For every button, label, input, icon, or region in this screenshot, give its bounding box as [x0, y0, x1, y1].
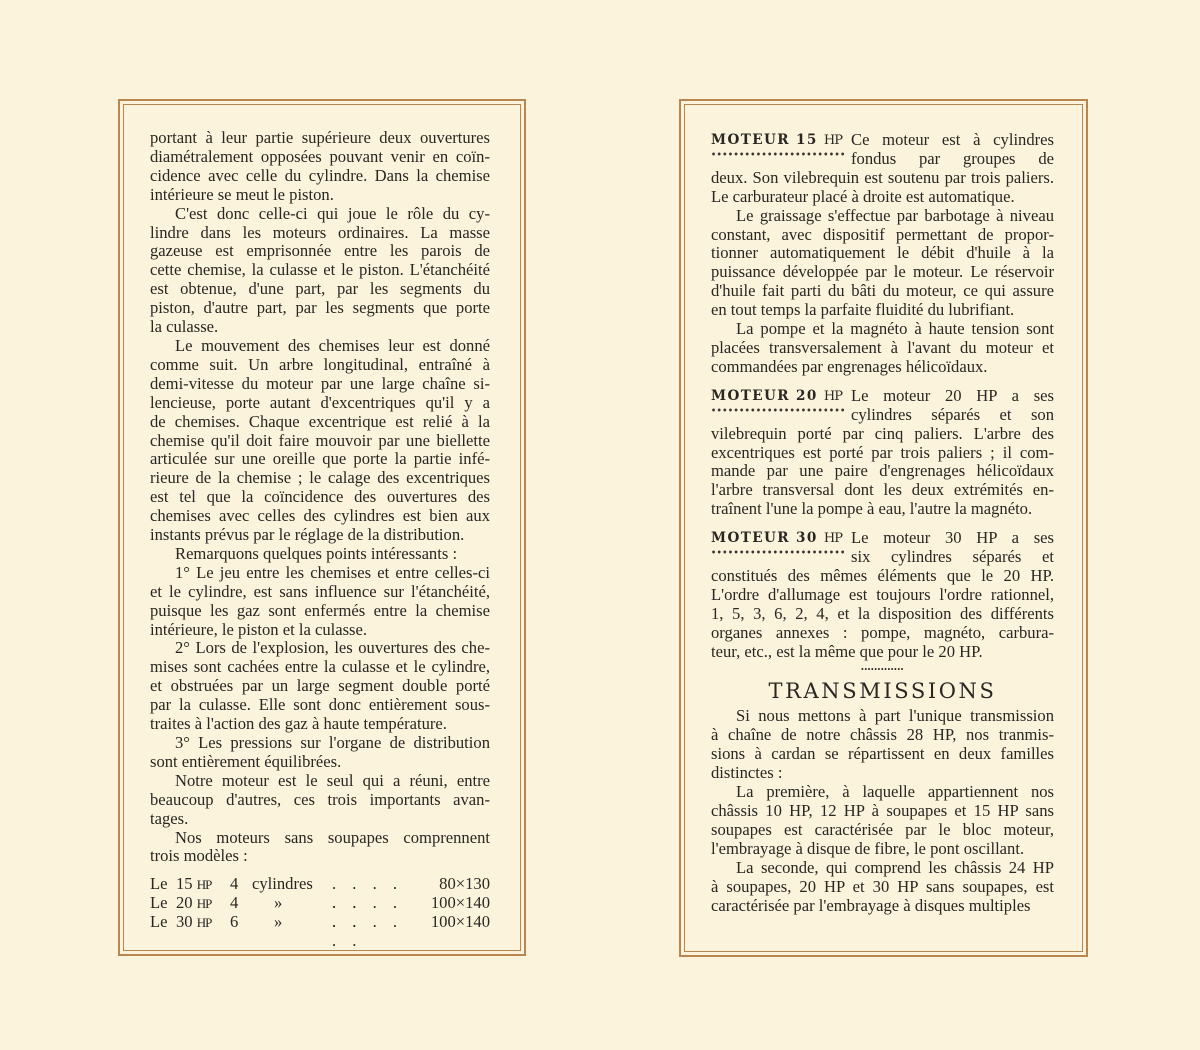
text-line: tages.: [150, 810, 490, 829]
dotted-rule: ••••••••••••••••••••••••••: [711, 406, 845, 414]
dotted-rule: ••••••••••••••••••••••••••: [711, 548, 845, 556]
text-line: Le mouvement des chemises leur est donné: [150, 337, 490, 356]
text-line: trois modèles :: [150, 847, 490, 866]
text-line: L'ordre d'allumage est toujours l'ordre …: [711, 586, 1054, 605]
text-line: cidence avec celle du cylindre. Dans la …: [150, 167, 490, 186]
text-line: en tout temps la parfaite fluidité du lu…: [711, 301, 1054, 320]
transmissions-body: Si nous mettons à part l'unique transmis…: [711, 707, 1054, 915]
moteur-20-heading: MOTEUR 20 HP ••••••••••••••••••••••••••: [711, 387, 851, 425]
model-power: 20 HP: [176, 894, 230, 914]
dotted-rule: ••••••••••••••••••••••••••: [711, 150, 845, 158]
moteur-15-intro: Ce moteur est à cylindres fondus par gro…: [851, 131, 1054, 169]
text-line: traînent l'une la pompe à eau, l'autre l…: [711, 500, 1054, 519]
model-cylinders: 4: [230, 875, 252, 894]
text-line: lencieuse, porte autant d'excentriques q…: [150, 394, 490, 413]
text-line: gazeuse est emprisonnée entre les parois…: [150, 242, 490, 261]
right-page-text: MOTEUR 15 HP •••••••••••••••••••••••••• …: [711, 131, 1054, 915]
moteur-20-header: MOTEUR 20 HP •••••••••••••••••••••••••• …: [711, 387, 1054, 425]
text-line: constitués des mêmes éléments que le 20 …: [711, 567, 1054, 586]
text-line: instants prévus par le réglage de la dis…: [150, 526, 490, 545]
model-row: Le 15 HP 4 cylindres . . . . . . 80×130: [150, 875, 490, 894]
text-line: demi-vitesse du moteur par une large cha…: [150, 375, 490, 394]
text-line: La pompe et la magnéto à haute tension s…: [711, 320, 1054, 339]
model-dimensions: 100×140: [420, 894, 490, 913]
text-line: tionner automatiquement le débit d'huile…: [711, 244, 1054, 263]
model-cylinders: 6: [230, 913, 252, 932]
text-line: est obtenue, d'une part, par les segment…: [150, 280, 490, 299]
text-line: La première, à laquelle appartiennent no…: [711, 783, 1054, 802]
moteur-15-body: deux. Son vilebrequin est soutenu par tr…: [711, 169, 1054, 377]
text-line: constant, avec dispositif permettant de …: [711, 226, 1054, 245]
section-title-transmissions: TRANSMISSIONS: [711, 677, 1054, 705]
text-line: châssis 10 HP, 12 HP à soupapes et 15 HP…: [711, 802, 1054, 821]
moteur-20-intro: Le moteur 20 HP a ses cylindres séparés …: [851, 387, 1054, 425]
text-line: par la culasse. Elle sont donc entièreme…: [150, 696, 490, 715]
text-line: caractérisée par l'embrayage à disques m…: [711, 897, 1054, 916]
text-line: traites à l'action des gaz à haute tempé…: [150, 715, 490, 734]
text-line: mises sont cachées entre la culasse et l…: [150, 658, 490, 677]
text-line: chemises avec celles des cylindres est b…: [150, 507, 490, 526]
text-line: lindre dans les moteurs ordinaires. La m…: [150, 224, 490, 243]
text-line: d'huile fait parti du bâti du moteur, ce…: [711, 282, 1054, 301]
moteur-20-body: vilebrequin porté par cinq paliers. L'ar…: [711, 425, 1054, 520]
text-line: Le carburateur placé à droite est automa…: [711, 188, 1054, 207]
text-line: 1° Le jeu entre les chemises et entre ce…: [150, 564, 490, 583]
model-row: Le 30 HP 6 » . . . . . . 100×140: [150, 913, 490, 932]
text-line: sont entièrement équilibrées.: [150, 753, 490, 772]
text-line: 2° Lors de l'explosion, les ouvertures d…: [150, 639, 490, 658]
text-line: Si nous mettons à part l'unique transmis…: [711, 707, 1054, 726]
text-line: cette chemise, la culasse et le piston. …: [150, 261, 490, 280]
text-line: sions à cardan se répartissent en deux f…: [711, 745, 1054, 764]
text-line: La seconde, qui comprend les châssis 24 …: [711, 859, 1054, 878]
text-line: et obstruées par un large segment double…: [150, 677, 490, 696]
moteur-15-heading: MOTEUR 15 HP ••••••••••••••••••••••••••: [711, 131, 851, 169]
model-le: Le: [150, 875, 176, 894]
text-line: Notre moteur est le seul qui a réuni, en…: [150, 772, 490, 791]
model-dimensions: 80×130: [420, 875, 490, 894]
model-desc: »: [252, 913, 332, 932]
model-dimensions: 100×140: [420, 913, 490, 932]
model-row: Le 20 HP 4 » . . . . . . 100×140: [150, 894, 490, 913]
text-line: soupapes est caractérisée par le bloc mo…: [711, 821, 1054, 840]
moteur-30-body: constitués des mêmes éléments que le 20 …: [711, 567, 1054, 662]
text-line: à soupapes, 20 HP et 30 HP sans soupapes…: [711, 878, 1054, 897]
text-line: diamétralement opposées pouvant venir en…: [150, 148, 490, 167]
section-separator: •••••••••••••: [711, 665, 1054, 675]
text-line: 3° Les pressions sur l'organe de distrib…: [150, 734, 490, 753]
text-line: l'arbre transversal dont les deux extrém…: [711, 481, 1054, 500]
text-line: de chemises. Chaque excentrique est reli…: [150, 413, 490, 432]
model-desc: »: [252, 894, 332, 913]
text-line: placées transversalement à l'avant du mo…: [711, 339, 1054, 358]
text-line: rieure de la chemise ; le calage des exc…: [150, 469, 490, 488]
model-le: Le: [150, 913, 176, 932]
left-page-text: portant à leur partie supérieure deux ou…: [150, 129, 490, 932]
text-line: deux. Son vilebrequin est soutenu par tr…: [711, 169, 1054, 188]
left-paragraphs: portant à leur partie supérieure deux ou…: [150, 129, 490, 866]
moteur-30-heading: MOTEUR 30 HP ••••••••••••••••••••••••••: [711, 529, 851, 567]
moteur-30-intro: Le moteur 30 HP a ses six cylindres sépa…: [851, 529, 1054, 567]
model-power: 15 HP: [176, 875, 230, 895]
text-line: puisque les gaz sont enfermés entre la c…: [150, 602, 490, 621]
moteur-30-header: MOTEUR 30 HP •••••••••••••••••••••••••• …: [711, 529, 1054, 567]
text-line: la culasse.: [150, 318, 490, 337]
moteur-15-header: MOTEUR 15 HP •••••••••••••••••••••••••• …: [711, 131, 1054, 169]
text-line: Le graissage s'effectue par barbotage à …: [711, 207, 1054, 226]
text-line: puissance développée par le moteur. Le r…: [711, 263, 1054, 282]
text-line: est tel que la coïncidence des ouverture…: [150, 488, 490, 507]
text-line: piston, d'autre part, par les segments q…: [150, 299, 490, 318]
text-line: articulée sur une oreille que porte la p…: [150, 450, 490, 469]
text-line: portant à leur partie supérieure deux ou…: [150, 129, 490, 148]
text-line: excentriques est porté par trois paliers…: [711, 444, 1054, 463]
text-line: teur, etc., est la même que pour le 20 H…: [711, 643, 1054, 662]
text-line: beaucoup d'autres, ces trois importants …: [150, 791, 490, 810]
text-line: vilebrequin porté par cinq paliers. L'ar…: [711, 425, 1054, 444]
text-line: chemise qu'il doit faire mouvoir par une…: [150, 432, 490, 451]
model-power: 30 HP: [176, 913, 230, 933]
text-line: et le cylindre, est sans influence sur l…: [150, 583, 490, 602]
text-line: mande par une paire d'engrenages hélicoï…: [711, 462, 1054, 481]
text-line: intérieure se meut le piston.: [150, 186, 490, 205]
text-line: distinctes :: [711, 764, 1054, 783]
text-line: Nos moteurs sans soupapes comprennent: [150, 829, 490, 848]
leader-dots: . . . . . .: [332, 913, 420, 951]
text-line: à chaîne de notre châssis 28 HP, nos tra…: [711, 726, 1054, 745]
model-cylinders: 4: [230, 894, 252, 913]
text-line: comme suit. Un arbre longitudinal, entra…: [150, 356, 490, 375]
text-line: l'embrayage à disque de fibre, le pont o…: [711, 840, 1054, 859]
engine-models-table: Le 15 HP 4 cylindres . . . . . . 80×130 …: [150, 875, 490, 932]
text-line: C'est donc celle-ci qui joue le rôle du …: [150, 205, 490, 224]
text-line: organes annexes : pompe, magnéto, carbur…: [711, 624, 1054, 643]
model-desc: cylindres: [252, 875, 332, 894]
text-line: commandées par engrenages hélicoïdaux.: [711, 358, 1054, 377]
text-line: intérieure, le piston et la culasse.: [150, 621, 490, 640]
model-le: Le: [150, 894, 176, 913]
text-line: 1, 5, 3, 6, 2, 4, et la disposition des …: [711, 605, 1054, 624]
text-line: Remarquons quelques points intéressants …: [150, 545, 490, 564]
